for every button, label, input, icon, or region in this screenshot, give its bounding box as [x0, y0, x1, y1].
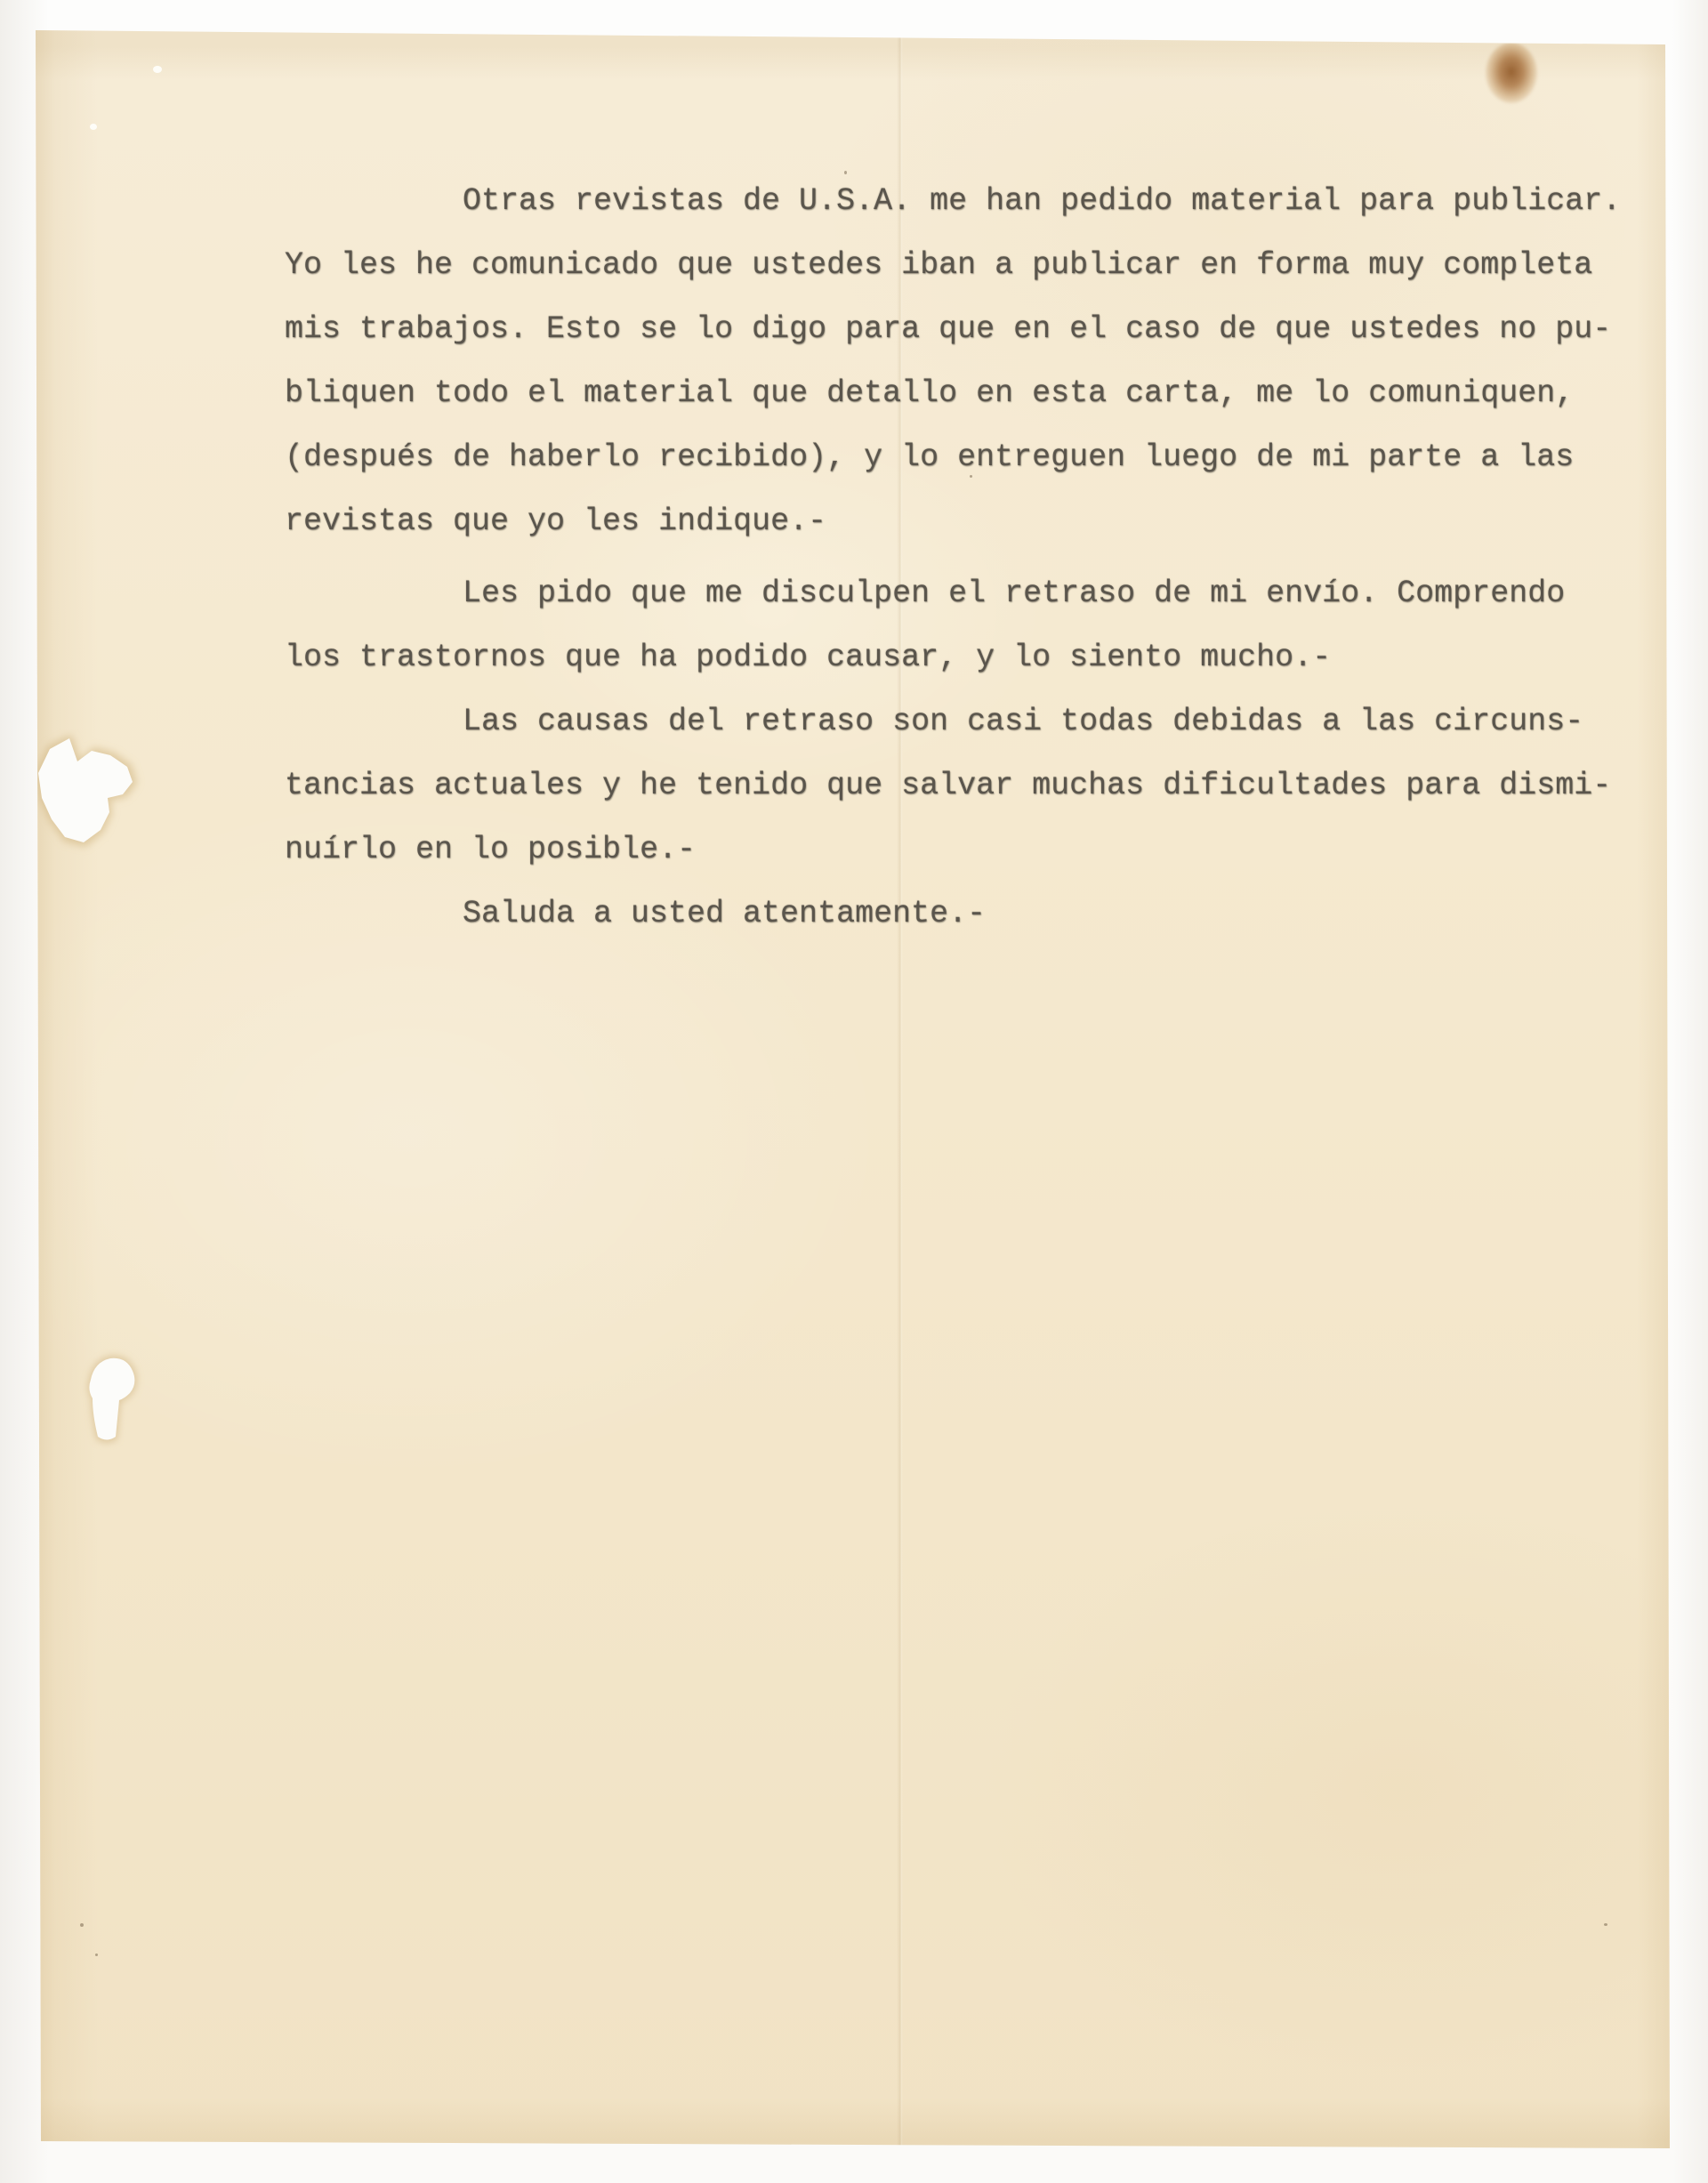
letter-line: revistas que yo les indique.-: [285, 489, 1690, 553]
rust-stain: [1486, 43, 1537, 103]
letter-line: Les pido que me disculpen el retraso de …: [285, 561, 1690, 625]
torn-hole-upper: [21, 729, 155, 867]
letter-line: bliquen todo el material que detallo en …: [285, 361, 1690, 425]
letter-line: Las causas del retraso son casi todas de…: [285, 689, 1690, 753]
letter-line: los trastornos que ha podido causar, y l…: [285, 625, 1690, 689]
letter-line: nuírlo en lo posible.-: [285, 818, 1690, 882]
letter-body: Otras revistas de U.S.A. me han pedido m…: [285, 169, 1690, 946]
paper-sheet: Otras revistas de U.S.A. me han pedido m…: [0, 0, 1708, 2183]
paper-speck: [80, 1923, 84, 1927]
paper-speck: [1604, 1923, 1607, 1926]
letter-line: tancias actuales y he tenido que salvar …: [285, 753, 1690, 818]
letter-line: Yo les he comunicado que ustedes iban a …: [285, 233, 1690, 297]
letter-line: (después de haberlo recibido), y lo entr…: [285, 425, 1690, 489]
letter-line: Saluda a usted atentamente.-: [285, 882, 1690, 946]
paper-speck: [90, 124, 97, 130]
paper-speck: [95, 1953, 98, 1956]
letter-line: Otras revistas de U.S.A. me han pedido m…: [285, 169, 1690, 233]
paper-speck: [153, 66, 162, 73]
letter-line: mis trabajos. Esto se lo digo para que e…: [285, 297, 1690, 361]
torn-hole-lower: [80, 1349, 151, 1451]
